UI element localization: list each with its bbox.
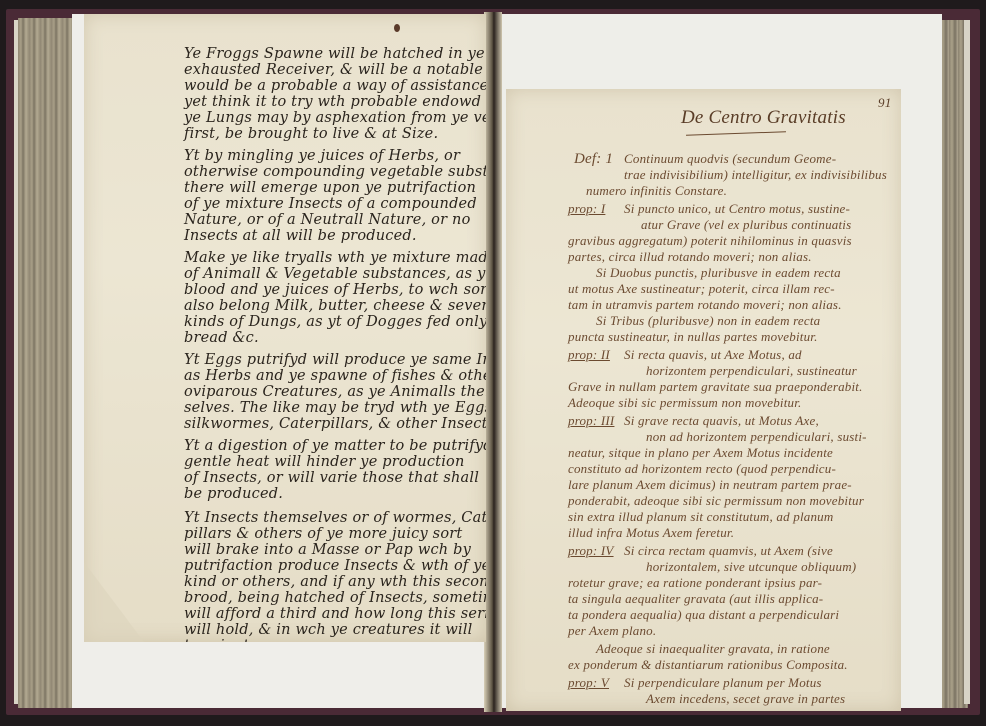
right-line: ponderabit, adeoque sibi sic permissum n… [568,493,864,509]
right-line: ta pondera aequalia) qua distant a perpe… [568,607,839,623]
left-line: oviparous Creatures, as ye Animalls them… [184,384,486,400]
left-line: of Insects, or will varie those that sha… [184,470,479,486]
left-line: as Herbs and ye spawne of fishes & other [184,368,486,384]
left-line: would be a probable a way of assistance [184,78,486,94]
left-line: Ye Froggs Spawne will be hatched in ye [184,46,485,62]
left-line: there will emerge upon ye putrifaction [184,180,476,196]
right-line: neatur, sitque in plano per Axem Motus i… [568,445,833,461]
right-line: Si perpendiculare planum per Motus [624,675,822,691]
right-line: illud infra Motus Axem feretur. [568,525,734,541]
left-line: be produced. [184,486,283,502]
right-manuscript-leaf: 91 De Centro Gravitatis Def: 1 Continuum… [506,89,901,711]
folio-number: 91 [878,95,891,111]
right-line: sin extra illud planum sit constitutum, … [568,509,833,525]
right-line: ut motus Axe sustineatur; poterit, circa… [568,281,835,297]
right-line: horizontalem, sive utcunque obliquum) [646,559,856,575]
left-line: first, be brought to live & at Size. [184,126,438,142]
left-line: blood and ye juices of Herbs, to wch sor… [184,282,486,298]
right-line: Adeoque sibi sic permissum non movebitur… [568,395,802,411]
left-line: kind or others, and if any wth this seco… [184,574,486,590]
left-line: kinds of Dungs, as yt of Dogges fed only… [184,314,486,330]
right-line: lare planum Axem dicimus) in neutram par… [568,477,852,493]
entry-label: Def: 1 [574,151,613,168]
left-manuscript-leaf: Ye Froggs Spawne will be hatched in ye e… [84,14,486,642]
left-line: putrifaction produce Insects & wth of ye… [184,558,486,574]
left-line: pillars & others of ye more juicy sort [184,526,462,542]
right-line: Si circa rectam quamvis, ut Axem (sive [624,543,833,559]
left-line: selves. The like may be tryd wth ye Eggs… [184,400,486,416]
entry-label: prop: II [568,347,610,363]
entry-label: prop: IV [568,543,614,559]
left-line: Insects at all will be produced. [184,228,417,244]
title-underline [686,131,786,135]
left-line: brood, being hatched of Insects, sometim… [184,590,486,606]
left-line: Yt Eggs putrifyd will produce ye same In… [184,352,486,368]
right-page-edge-light [964,20,970,704]
right-line: trae indivisibilium) intelligitur, ex in… [624,167,887,183]
book-gutter [484,12,502,712]
right-line: rotetur grave; ea ratione ponderant ipsi… [568,575,822,591]
right-line: per Axem plano. [568,623,656,639]
left-line: Yt Insects themselves or of wormes, Cate… [184,510,486,526]
left-line: ye Lungs may by asphexation from ye very [184,110,486,126]
left-line: gentle heat will hinder ye production [184,454,465,470]
right-line: non ad horizontem perpendiculari, susti- [646,429,867,445]
left-fore-edge [18,18,72,708]
right-line: Si Duobus punctis, pluribusve in eadem r… [596,265,841,281]
left-line: exhausted Receiver, & will be a notable [184,62,483,78]
right-line: Si grave recta quavis, ut Motus Axe, [624,413,819,429]
right-line: Adeoque si inaequaliter gravata, in rati… [596,641,830,657]
right-line: gravibus aggregatum) poterit nihilominus… [568,233,852,249]
entry-label: prop: I [568,201,605,217]
right-line: Continuum quodvis (secundum Geome- [624,151,836,167]
right-line: constituto ad horizontem recto (quod per… [568,461,836,477]
entry-label: prop: III [568,413,614,429]
left-line: will brake into a Masse or Pap wch by [184,542,471,558]
right-line: numero infinitis Constare. [586,183,727,199]
right-line: tam in utramvis partem rotando moveri; n… [568,297,842,313]
left-line: Yt by mingling ye juices of Herbs, or [184,148,460,164]
left-line: Yt a digestion of ye matter to be putrif… [184,438,486,454]
right-line: horizontem perpendiculari, sustineatur [646,363,857,379]
left-line: will afford a third and how long this se… [184,606,486,622]
ink-blot [394,24,400,32]
right-line: Grave in nullam partem gravitate sua pra… [568,379,863,395]
left-line: of ye mixture Insects of a compounded [184,196,477,212]
page-title: De Centro Gravitatis [681,107,846,129]
left-line: silkwormes, Caterpillars, & other Insect… [184,416,486,432]
right-line: ta singula aequaliter gravata (aut illis… [568,591,823,607]
right-line: Si recta quavis, ut Axe Motus, ad [624,347,802,363]
folded-corner [84,562,144,642]
right-line: atur Grave (vel ex pluribus continuatis [641,217,851,233]
left-line: terminate. [184,638,263,642]
right-line: ex ponderum & distantiarum rationibus Co… [568,657,848,673]
left-line: also belong Milk, butter, cheese & sever… [184,298,486,314]
left-line: of Animall & Vegetable substances, as ye [184,266,486,282]
left-line: will hold, & in wch ye creatures it will [184,622,473,638]
right-line: Axem incedens, secet grave in partes [646,691,845,707]
left-line: Nature, or of a Neutrall Nature, or no [184,212,471,228]
entry-label: prop: V [568,675,609,691]
right-line: Si Tribus (pluribusve) non in eadem rect… [596,313,820,329]
right-line: partes, circa illud rotando moveri; non … [568,249,812,265]
left-line: otherwise compounding vegetable substanc… [184,164,486,180]
right-line: Si puncto unico, ut Centro motus, sustin… [624,201,850,217]
left-line: Make ye like tryalls wth ye mixture made [184,250,486,266]
right-line: puncta sustineatur, in nullas partes mov… [568,329,818,345]
left-line: yet think it to try wth probable endowd [184,94,481,110]
left-line: bread &c. [184,330,259,346]
